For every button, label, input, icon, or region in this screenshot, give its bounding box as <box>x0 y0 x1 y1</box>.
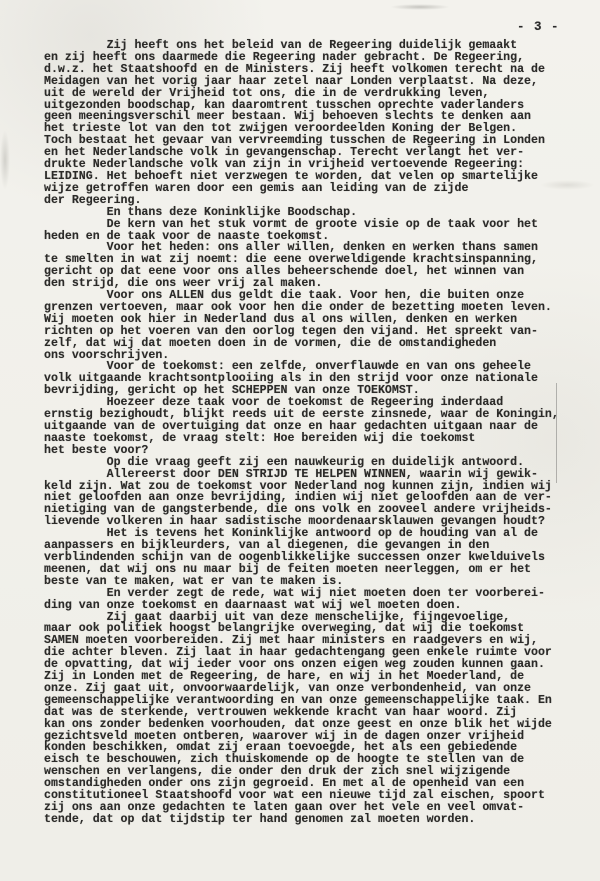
document-page: - 3 - Zij heeft ons het beleid van de Re… <box>0 0 600 881</box>
scan-smudge <box>0 130 10 190</box>
document-body-text: Zij heeft ons het beleid van de Regeerin… <box>44 40 559 826</box>
page-number: - 3 - <box>517 20 560 34</box>
scan-smudge <box>390 4 450 10</box>
